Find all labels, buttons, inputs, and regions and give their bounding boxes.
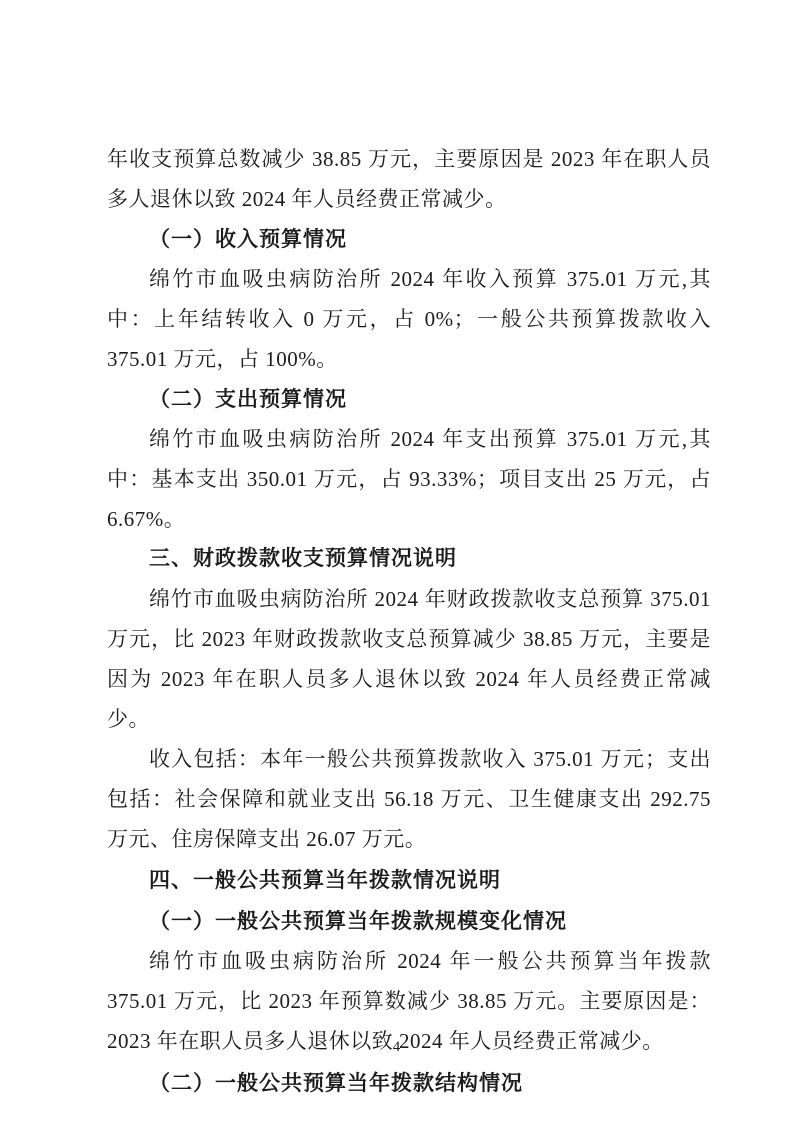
section-heading-general-public-budget: 四、一般公共预算当年拨款情况说明 bbox=[107, 861, 711, 901]
paragraph-fiscal-appropriation-total: 绵竹市血吸虫病防治所 2024 年财政拨款收支总预算 375.01 万元，比 2… bbox=[107, 579, 711, 739]
document-page: 年收支预算总数减少 38.85 万元，主要原因是 2023 年在职人员多人退休以… bbox=[0, 0, 793, 1122]
paragraph-income-expenditure-breakdown: 收入包括：本年一般公共预算拨款收入 375.01 万元；支出包括：社会保障和就业… bbox=[107, 739, 711, 859]
document-content: 年收支预算总数减少 38.85 万元，主要原因是 2023 年在职人员多人退休以… bbox=[107, 139, 711, 1103]
page-number: 4 bbox=[0, 1037, 793, 1057]
subsection-heading-scale-change: （一）一般公共预算当年拨款规模变化情况 bbox=[107, 901, 711, 941]
subsection-heading-income-budget: （一）收入预算情况 bbox=[107, 219, 711, 259]
subsection-heading-structure: （二）一般公共预算当年拨款结构情况 bbox=[107, 1063, 711, 1103]
section-heading-fiscal-appropriation: 三、财政拨款收支预算情况说明 bbox=[107, 539, 711, 579]
subsection-heading-expenditure-budget: （二）支出预算情况 bbox=[107, 379, 711, 419]
paragraph-expenditure-budget: 绵竹市血吸虫病防治所 2024 年支出预算 375.01 万元,其中：基本支出 … bbox=[107, 419, 711, 539]
paragraph-income-budget: 绵竹市血吸虫病防治所 2024 年收入预算 375.01 万元,其中：上年结转收… bbox=[107, 259, 711, 379]
paragraph-continuation: 年收支预算总数减少 38.85 万元，主要原因是 2023 年在职人员多人退休以… bbox=[107, 139, 711, 219]
